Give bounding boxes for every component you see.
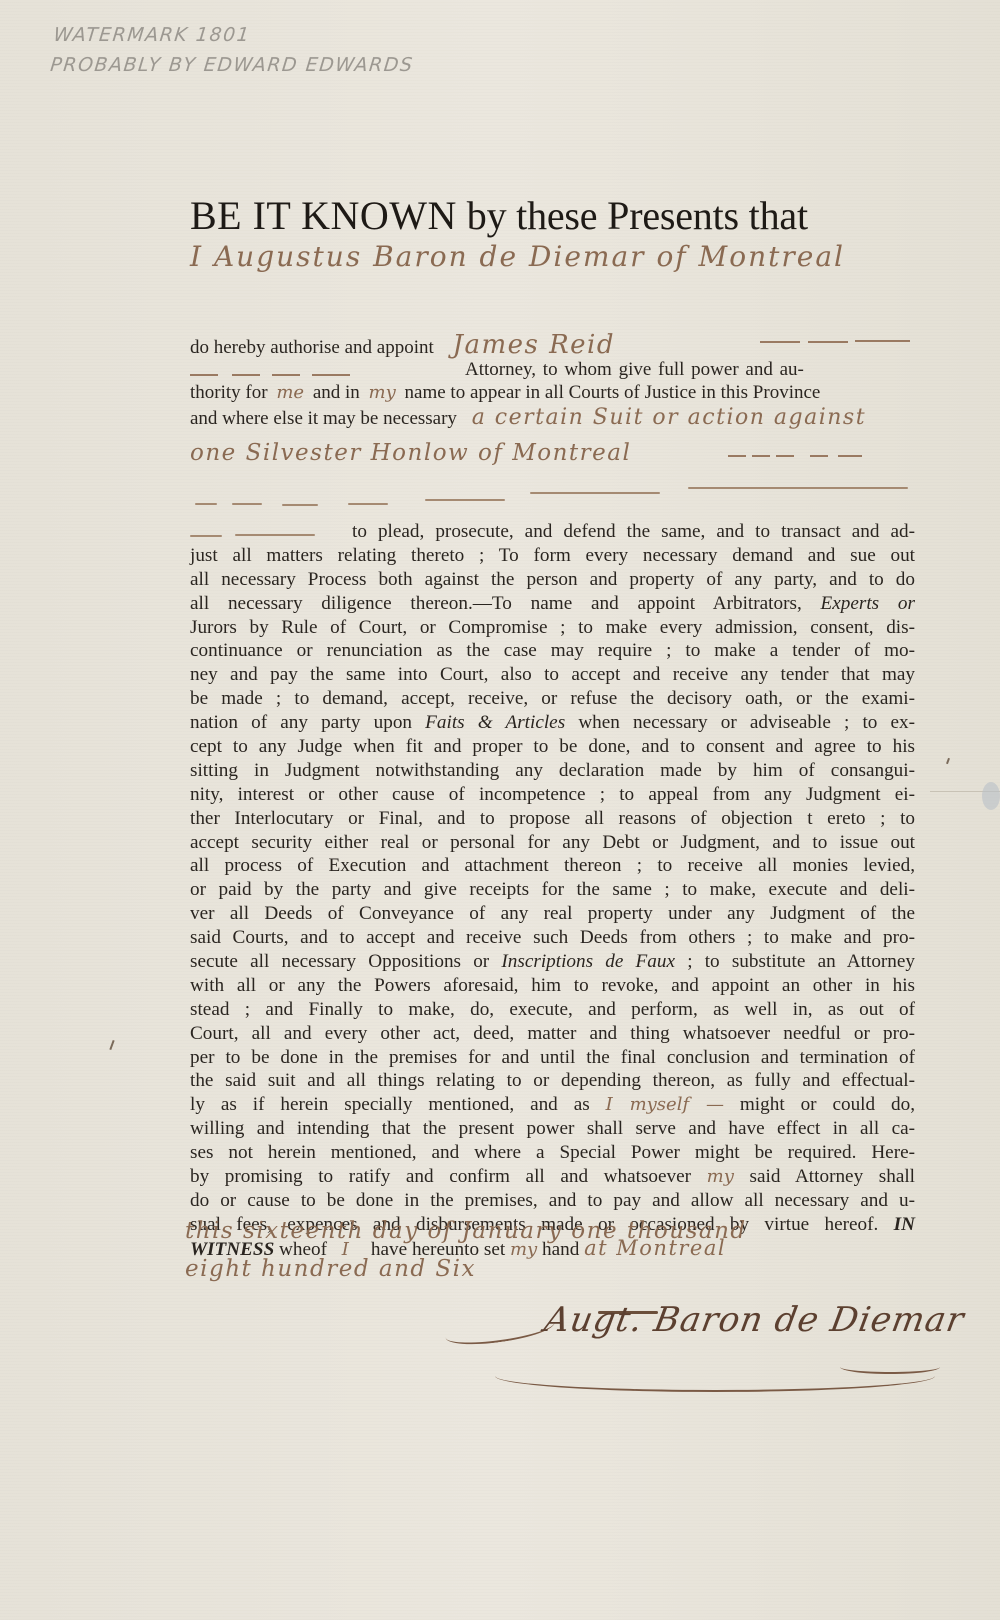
suit-handwritten-1: a certain Suit or action against (472, 405, 866, 430)
body-paragraph: to plead, prosecute, and defend the same… (190, 520, 915, 1261)
body-line: stead ; and Finally to make, do, execute… (190, 998, 915, 1022)
body-line: all necessary Process both against the p… (190, 568, 915, 592)
fill-dash (855, 340, 910, 342)
authority-text-c: name to appear in all Courts of Justice … (405, 382, 821, 403)
elsewhere-text: and where else it may be necessary (190, 408, 457, 429)
body-text: all necessary diligence thereon.—To name… (190, 593, 802, 614)
signature: Augt. Baron de Diemar (541, 1300, 967, 1340)
fill-dash (776, 455, 794, 457)
body-text: might or could do, (740, 1094, 915, 1115)
body-line: ver all Deeds of Conveyance of any real … (190, 902, 915, 926)
fill-squiggle (530, 492, 660, 494)
edge-smudge (982, 782, 1000, 810)
suit-handwritten-2: one Silvester Honlow of Montreal (190, 440, 631, 466)
fill-squiggle (282, 504, 318, 506)
body-line: the said suit and all things relating to… (190, 1069, 915, 1093)
body-line: by promising to ratify and confirm all a… (190, 1165, 915, 1189)
authority-text-a: thority for (190, 382, 268, 403)
body-line: all process of Execution and attachment … (190, 854, 915, 878)
body-line: or paid by the party and give receipts f… (190, 878, 915, 902)
fill-dash (810, 455, 828, 457)
body-line: continuance or renunciation as the case … (190, 639, 915, 663)
faits-italic: Faits & Articles (425, 712, 565, 733)
attorney-line: Attorney, to whom give full power and au… (465, 359, 804, 381)
body-line: per to be done in the premises for and u… (190, 1046, 915, 1070)
body-line: do or cause to be done in the premises, … (190, 1189, 915, 1213)
signature-flourish (444, 1310, 556, 1349)
elsewhere-line: and where else it may be necessary a cer… (190, 405, 866, 430)
handwritten-me: me (276, 382, 304, 403)
fill-dash (312, 374, 350, 376)
attorney-name: James Reid (453, 330, 616, 360)
appoint-line: do hereby authorise and appoint James Re… (190, 330, 615, 360)
body-text: when necessary or adviseable ; to ex- (578, 712, 915, 733)
body-text: secute all necessary Oppositions or (190, 951, 489, 972)
body-line: ther Interlocutary or Final, and to prop… (190, 807, 915, 831)
body-line: ses not herein mentioned, and where a Sp… (190, 1141, 915, 1165)
body-line: to plead, prosecute, and defend the same… (190, 520, 915, 544)
body-line: just all matters relating thereto ; To f… (190, 544, 915, 568)
date-handwritten-2: eight hundred and Six (185, 1256, 476, 1282)
fill-squiggle (195, 503, 217, 505)
fill-squiggle (348, 503, 388, 505)
body-line: said Courts, and to accept and receive s… (190, 926, 915, 950)
document-heading: BE IT KNOWN by these Presents that (190, 192, 910, 239)
body-line: be made ; to demand, accept, receive, or… (190, 687, 915, 711)
fill-squiggle (425, 499, 505, 501)
body-text: nation of any party upon (190, 712, 412, 733)
body-text: ; to substitute an Attorney (687, 951, 915, 972)
in-witness-word: IN (894, 1214, 915, 1235)
grantor-handwritten: I Augustus Baron de Diemar of Montreal (190, 240, 845, 273)
body-line: nity, interest or other cause of incompe… (190, 783, 915, 807)
signature-flourish (840, 1360, 940, 1374)
body-text: by promising to ratify and confirm all a… (190, 1166, 691, 1187)
handwritten-my: my (707, 1166, 734, 1187)
fill-dash (190, 374, 218, 376)
heading-caps: BE IT KNOWN (190, 193, 457, 238)
body-line: Jurors by Rule of Court, or Compromise ;… (190, 616, 915, 640)
fill-squiggle (688, 487, 908, 489)
fill-dash (272, 374, 300, 376)
inscriptions-italic: Inscriptions de Faux (501, 951, 675, 972)
fill-dash (838, 455, 862, 457)
fill-dash (232, 374, 260, 376)
body-line: ly as if herein specially mentioned, and… (190, 1093, 915, 1117)
fill-dash (760, 341, 800, 343)
body-line: accept security either real or personal … (190, 831, 915, 855)
fill-squiggle (232, 503, 262, 505)
pencil-annotation: WATERMARK 1801 PROBABLY BY EDWARD EDWARD… (49, 20, 418, 80)
body-line: all necessary diligence thereon.—To name… (190, 592, 915, 616)
handwritten-myself: I myself — (606, 1094, 724, 1115)
experts-italic: Experts or (821, 593, 915, 614)
body-line: secute all necessary Oppositions or Insc… (190, 950, 915, 974)
handwritten-my: my (369, 382, 396, 403)
body-text: said Attorney shall (750, 1166, 916, 1187)
body-line: with all or any the Powers aforesaid, hi… (190, 974, 915, 998)
fill-dash (808, 341, 848, 343)
body-line: Court, all and every other act, deed, ma… (190, 1022, 915, 1046)
body-line: cept to any Judge when fit and proper to… (190, 735, 915, 759)
body-line: willing and intending that the present p… (190, 1117, 915, 1141)
body-text: ly as if herein specially mentioned, and… (190, 1094, 590, 1115)
ink-mark (946, 758, 950, 764)
body-line: ney and pay the same into Court, also to… (190, 663, 915, 687)
annotation-line-2: PROBABLY BY EDWARD EDWARDS (49, 50, 415, 80)
fill-dash (752, 455, 770, 457)
heading-rest: by these Presents that (467, 193, 808, 238)
annotation-line-1: WATERMARK 1801 (52, 20, 418, 50)
appoint-text: do hereby authorise and appoint (190, 337, 434, 358)
body-line: nation of any party upon Faits & Article… (190, 711, 915, 735)
authority-line: thority for me and in my name to appear … (190, 382, 820, 404)
body-line: sitting in Judgment notwithstanding any … (190, 759, 915, 783)
fill-dash (728, 455, 746, 457)
ink-mark (109, 1040, 114, 1050)
date-handwritten-1: this sixteenth day of January one thousa… (185, 1218, 747, 1244)
authority-text-b: and in (313, 382, 360, 403)
